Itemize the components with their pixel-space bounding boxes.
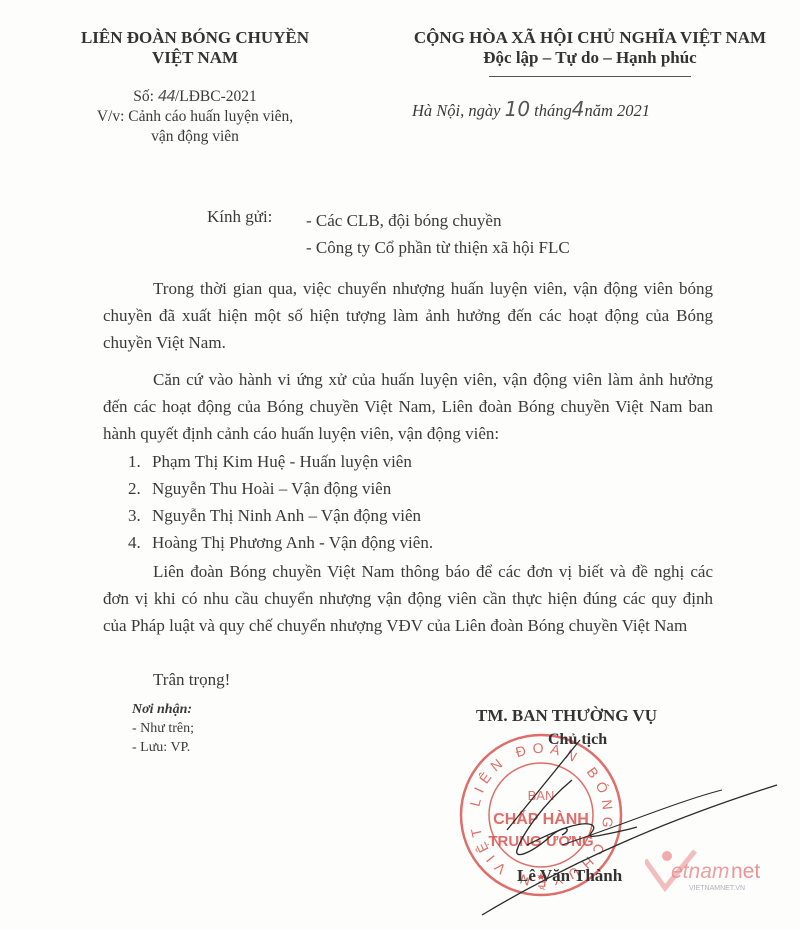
vietnamnet-watermark-logo-icon: etnam net VIETNAMNET.VN [645, 846, 765, 896]
national-motto: Độc lập – Tự do – Hạnh phúc [380, 48, 800, 68]
signatory-organization: TM. BAN THƯỜNG VỤ [476, 706, 657, 726]
svg-text:VIETNAMNET.VN: VIETNAMNET.VN [689, 885, 745, 892]
document-number: Số: 44/LĐBC-2021 [60, 86, 330, 107]
recipient-item: - Công ty Cổ phần từ thiện xã hội FLC [306, 234, 570, 261]
list-item: 4.Hoàng Thị Phương Anh - Vận động viên. [128, 529, 433, 556]
issuing-organization: LIÊN ĐOÀN BÓNG CHUYỀN VIỆT NAM [60, 28, 330, 68]
recipient-item: - Các CLB, đội bóng chuyền [306, 207, 570, 234]
distribution-title: Nơi nhận: [132, 700, 194, 719]
handwritten-number: 44 [158, 87, 175, 105]
signatory-name: Lê Văn Thành [517, 866, 622, 886]
body-paragraph-2: Căn cứ vào hành vi ứng xử của huấn luyện… [103, 366, 713, 447]
org-name-line2: VIỆT NAM [60, 48, 330, 68]
handwritten-month: 4 [572, 97, 585, 121]
motto-underline [489, 76, 691, 77]
distribution-item: - Như trên; [132, 719, 194, 738]
list-item: 2.Nguyễn Thu Hoài – Vận động viên [128, 475, 433, 502]
closing-salutation: Trân trọng! [153, 670, 230, 690]
body-paragraph-3: Liên đoàn Bóng chuyền Việt Nam thông báo… [103, 558, 713, 639]
document-number-block: Số: 44/LĐBC-2021 V/v: Cảnh cáo huấn luyệ… [60, 86, 330, 147]
handwritten-signature-icon [462, 735, 782, 925]
subject-line2: vận động viên [60, 127, 330, 147]
distribution-list: Nơi nhận: - Như trên; - Lưu: VP. [132, 700, 194, 757]
distribution-item: - Lưu: VP. [132, 738, 194, 757]
national-header: CỘNG HÒA XÃ HỘI CHỦ NGHĨA VIỆT NAM Độc l… [380, 28, 800, 77]
body-paragraph-1: Trong thời gian qua, việc chuyển nhượng … [103, 275, 713, 356]
place-and-date: Hà Nội, ngày 10 tháng4năm 2021 [412, 97, 650, 121]
sanctioned-list: 1.Phạm Thị Kim Huệ - Huấn luyện viên 2.N… [128, 448, 433, 556]
recipients-label: Kính gửi: [207, 207, 272, 227]
recipients-list: - Các CLB, đội bóng chuyền - Công ty Cổ … [306, 207, 570, 261]
list-item: 1.Phạm Thị Kim Huệ - Huấn luyện viên [128, 448, 433, 475]
list-item: 3.Nguyễn Thị Ninh Anh – Vận động viên [128, 502, 433, 529]
subject-line1: V/v: Cảnh cáo huấn luyện viên, [60, 107, 330, 127]
svg-text:net: net [731, 860, 760, 883]
svg-text:etnam: etnam [671, 860, 729, 883]
nation-title: CỘNG HÒA XÃ HỘI CHỦ NGHĨA VIỆT NAM [380, 28, 800, 48]
org-name-line1: LIÊN ĐOÀN BÓNG CHUYỀN [60, 28, 330, 48]
handwritten-day: 10 [505, 97, 530, 121]
